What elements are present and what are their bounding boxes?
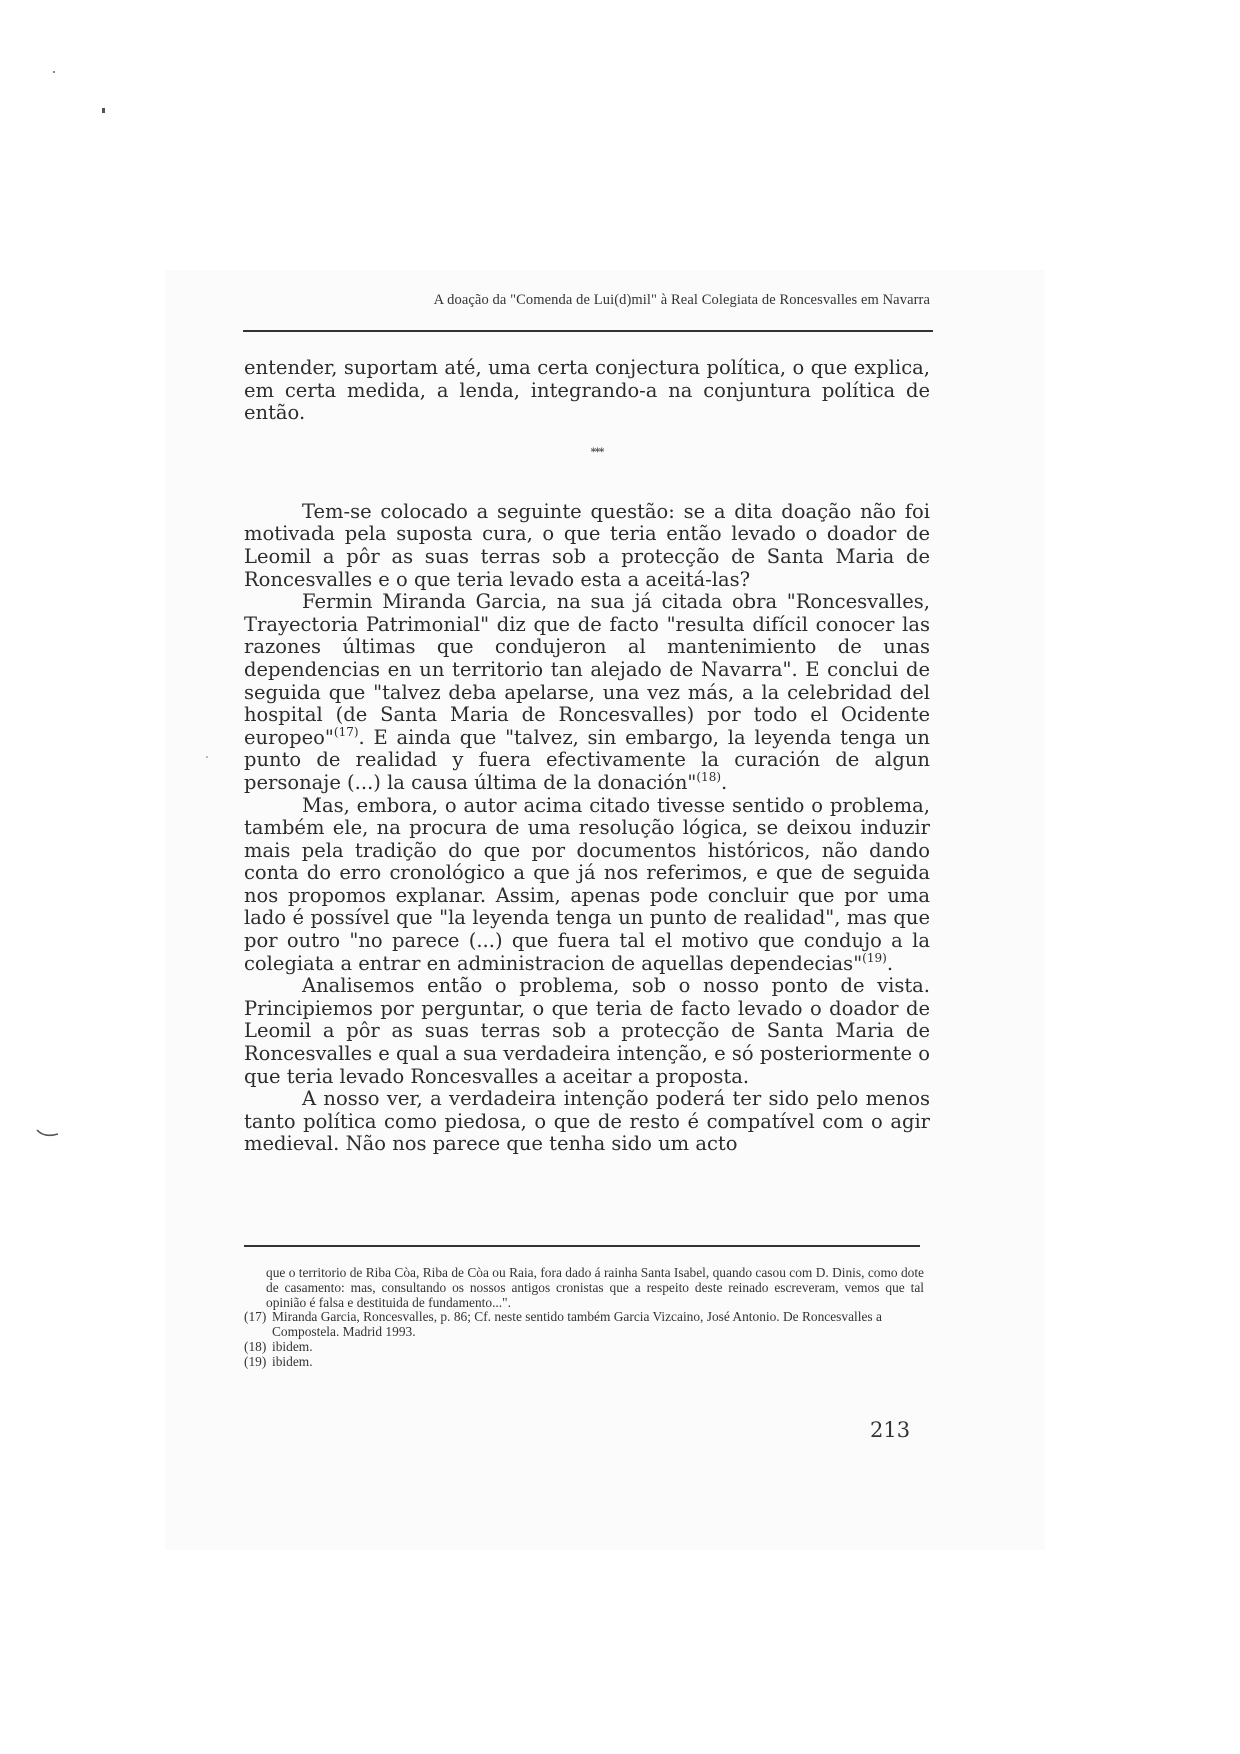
footnote-18: (18) ibidem. (244, 1340, 924, 1355)
paragraph-3: Fermin Miranda Garcia, na sua já citada … (244, 591, 930, 794)
footnotes: que o territorio de Riba Còa, Riba de Cò… (244, 1266, 924, 1370)
footnote-number: (17) (244, 1310, 272, 1340)
scan-speck (206, 756, 208, 758)
header-rule (243, 330, 933, 332)
footnote-text: ibidem. (272, 1355, 924, 1370)
body-text: entender, suportam até, uma certa conjec… (244, 357, 930, 1156)
footnote-text: ibidem. (272, 1340, 924, 1355)
footnote-ref-18: (18) (696, 770, 721, 784)
footnote-19: (19) ibidem. (244, 1355, 924, 1370)
footnote-text: Miranda Garcia, Roncesvalles, p. 86; Cf.… (272, 1310, 924, 1340)
paragraph-5: Analisemos então o problema, sob o nosso… (244, 975, 930, 1088)
paragraph-4-end: . (887, 952, 893, 975)
running-head: A doação da "Comenda de Lui(d)mil" à Rea… (240, 292, 930, 309)
margin-pencil-mark (36, 1128, 62, 1140)
paragraph-3-end: . (721, 771, 727, 794)
footnote-number: (18) (244, 1340, 272, 1355)
scan-speck (53, 71, 55, 73)
footnote-17: (17) Miranda Garcia, Roncesvalles, p. 86… (244, 1310, 924, 1340)
page-number: 213 (870, 1418, 910, 1442)
footnote-rule (244, 1245, 920, 1247)
footnote-ref-17: (17) (334, 725, 359, 739)
paragraph-2: Tem-se colocado a seguinte questão: se a… (244, 501, 930, 591)
paragraph-6: A nosso ver, a verdadeira intenção poder… (244, 1088, 930, 1156)
paragraph-1: entender, suportam até, uma certa conjec… (244, 357, 930, 425)
footnote-ref-19: (19) (862, 951, 887, 965)
footnote-number: (19) (244, 1355, 272, 1370)
footnote-continuation: que o territorio de Riba Còa, Riba de Cò… (266, 1266, 924, 1310)
paragraph-4-text: Mas, embora, o autor acima citado tivess… (244, 794, 930, 975)
scan-speck (102, 108, 105, 113)
paragraph-4: Mas, embora, o autor acima citado tivess… (244, 795, 930, 976)
section-break-ornament: *** (244, 447, 930, 459)
